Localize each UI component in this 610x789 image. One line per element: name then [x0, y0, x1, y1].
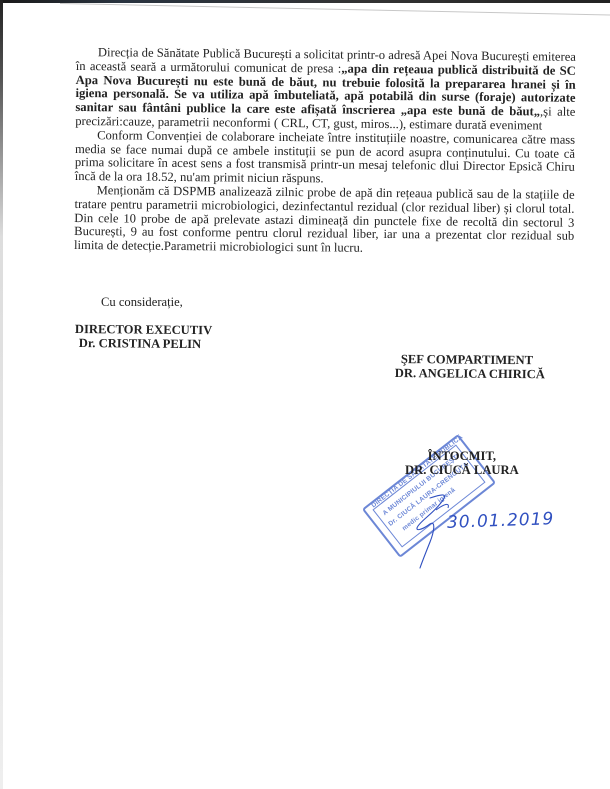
signatory-title: DIRECTOR EXECUTIV [75, 322, 212, 337]
closing-salutation: Cu considerație, [101, 295, 183, 310]
paragraph-request: Direcția de Sănătate Publică București a… [75, 46, 576, 134]
scan-border-left [0, 0, 3, 789]
letter-body: Direcția de Sănătate Publică București a… [74, 46, 576, 258]
signatory-name: Dr. CRISTINA PELIN [75, 336, 212, 351]
prepared-by-name: DR. CIUCĂ LAURA [405, 463, 519, 477]
scan-artifact-line [60, 3, 610, 16]
paragraph-text: Menționăm că DSPMB analizează zilnic pro… [74, 183, 575, 255]
signatory-name: DR. ANGELICA CHIRICĂ [395, 366, 545, 381]
paragraph-analysis: Menționăm că DSPMB analizează zilnic pro… [74, 184, 575, 258]
paragraph-convention: Conform Convenției de colaborare incheia… [75, 129, 576, 189]
handwritten-date: 30.01.2019 [447, 509, 555, 533]
signature-block-director: DIRECTOR EXECUTIV Dr. CRISTINA PELIN [75, 322, 213, 351]
prepared-by-block: ÎNTOCMIT, DR. CIUCĂ LAURA [405, 449, 519, 477]
signature-block-department-head: ŞEF COMPARTIMENT DR. ANGELICA CHIRICĂ [395, 352, 545, 381]
prepared-by-label: ÎNTOCMIT, [405, 449, 519, 463]
paragraph-text: Conform Convenției de colaborare incheia… [75, 128, 576, 186]
signatory-title: ŞEF COMPARTIMENT [395, 352, 545, 367]
scan-border-top [0, 0, 610, 3]
